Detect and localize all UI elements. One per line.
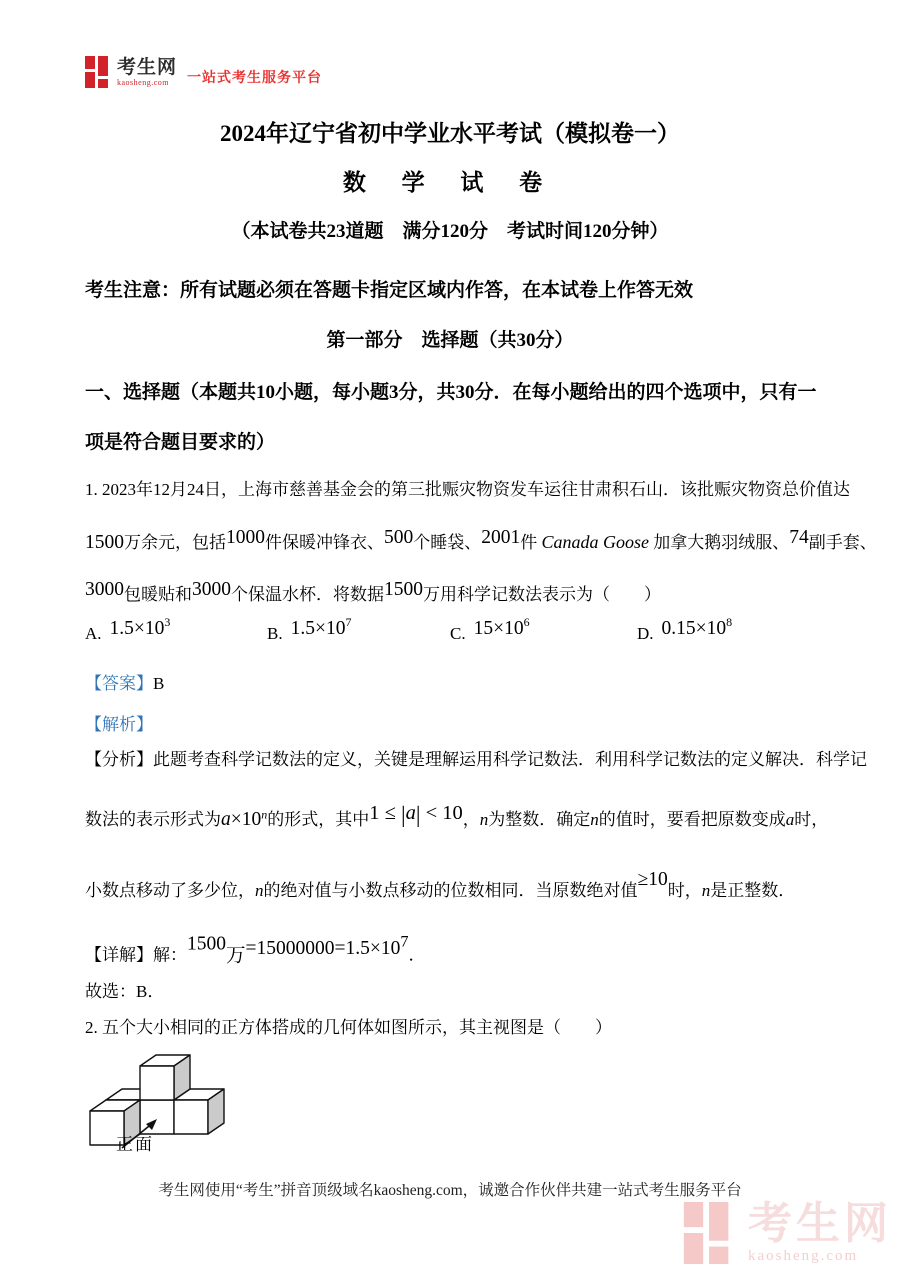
- kaosheng-watermark: 考生网 kaosheng.com: [680, 1202, 892, 1264]
- num-3000b: 3000: [192, 579, 231, 600]
- brand-domain: kaosheng.com: [117, 79, 177, 87]
- part1-heading: 第一部分 选择题（共30分）: [0, 327, 900, 355]
- times-10: ×10: [231, 809, 262, 830]
- analysis-tag: 【解析】: [85, 715, 153, 734]
- footer-slogan: 考生网使用“考生”拼音顶级域名kaosheng.com，诚邀合作伙伴共建一站式考…: [0, 1178, 900, 1200]
- option-B-label: B.: [267, 624, 283, 643]
- num-1000: 1000: [226, 527, 265, 548]
- candidate-notice: 考生注意：所有试题必须在答题卡指定区域内作答，在本试卷上作答无效: [85, 277, 855, 305]
- option-D-label: D.: [637, 624, 654, 643]
- q1-line2-t3: 件: [520, 533, 541, 552]
- option-A-label: A.: [85, 624, 102, 643]
- q1-line2-t1: 件保暖冲锋衣、: [265, 533, 384, 552]
- al3-t1: 的绝对值与小数点移动的位数相同．当原数绝对值: [264, 881, 638, 900]
- num-74: 74: [789, 527, 809, 548]
- option-C: C.15×106: [450, 614, 530, 647]
- num-1500: 1500: [85, 532, 124, 553]
- num-3000a: 3000: [85, 579, 124, 600]
- section1-intro-line1: 一、选择题（本题共10小题，每小题3分，共30分．在每小题给出的四个选项中，只有…: [85, 379, 855, 407]
- q1-line3-t1: 个保温水杯．将数据: [231, 585, 384, 604]
- option-B-base: 1.5×10: [291, 618, 346, 639]
- q1-options-row: A.1.5×103 B.1.5×107 C.15×106 D.0.15×108: [85, 614, 855, 654]
- q1-line2-t2: 个睡袋、: [413, 533, 481, 552]
- option-A-base: 1.5×10: [110, 618, 165, 639]
- detail-tag: 【详解】: [85, 946, 153, 965]
- num-2001: 2001: [481, 527, 520, 548]
- watermark-text: 考生网 kaosheng.com: [748, 1202, 892, 1264]
- var-a: a: [221, 809, 231, 830]
- q2-cube-figure: 正面: [70, 1036, 240, 1166]
- analysis-line1: 【分析】此题考查科学记数法的定义，关键是理解运用科学记数法．利用科学记数法的定义…: [85, 748, 855, 773]
- var-n3: n: [255, 881, 264, 900]
- option-B-value: 1.5×107: [291, 618, 352, 639]
- detail-pre: 解：: [153, 946, 187, 965]
- geq-10: ≥10: [638, 869, 668, 890]
- detail-1500: 1500: [187, 934, 226, 955]
- answer-tag: 【答案】: [85, 674, 153, 693]
- q1-line2-t4: 加拿大鹅羽绒服、: [649, 533, 789, 552]
- q1-line3-t2: 万用科学记数法表示为（ ）: [423, 585, 661, 604]
- section1-intro-line2: 项是符合题目要求的）: [85, 429, 855, 457]
- paper-meta: （本试卷共23道题 满分120分 考试时间120分钟）: [0, 218, 900, 246]
- option-D-base: 0.15×10: [662, 618, 727, 639]
- q1-line3-t0: 包暖贴和: [124, 585, 192, 604]
- detail-line: 【详解】解：1500万=15000000=1.5×107．: [85, 930, 855, 971]
- q1-line2-t0: 万余元，包括: [124, 533, 226, 552]
- detail-eq-exp: 7: [400, 932, 408, 950]
- exam-paper-page: 考生网 kaosheng.com 一站式考生服务平台 2024年辽宁省初中学业水…: [0, 0, 900, 1273]
- q1-line3: 3000包暖贴和3000个保温水杯．将数据1500万用科学记数法表示为（ ）: [85, 576, 855, 608]
- watermark-domain: kaosheng.com: [748, 1249, 892, 1264]
- var-a-abs: a: [406, 802, 416, 824]
- analysis-tag-line: 【解析】: [85, 713, 855, 738]
- var-n4: n: [702, 881, 711, 900]
- al3-t3: 是正整数．: [710, 881, 795, 900]
- num-1500b: 1500: [384, 579, 423, 600]
- option-B-exp: 7: [345, 615, 351, 629]
- analysis-line3: 小数点移动了多少位，n的绝对值与小数点移动的位数相同．当原数绝对值≥10时，n是…: [85, 866, 855, 904]
- option-C-exp: 6: [524, 615, 530, 629]
- kaosheng-logo-icon: [85, 56, 111, 88]
- al2-t0: 数法的表示形式为: [85, 810, 221, 829]
- conclusion-line: 故选：B．: [85, 980, 855, 1005]
- al3-t2: 时，: [668, 881, 702, 900]
- option-A-exp: 3: [164, 615, 170, 629]
- option-C-value: 15×106: [474, 618, 530, 639]
- brand-text: 考生网 kaosheng.com: [117, 58, 177, 87]
- detail-equation: =15000000=1.5×107: [246, 938, 409, 959]
- option-C-label: C.: [450, 624, 466, 643]
- option-D-exp: 8: [726, 615, 732, 629]
- al2-t3: 为整数．确定: [488, 810, 590, 829]
- watermark-brand: 考生网: [748, 1202, 892, 1246]
- q1-line1: 1. 2023年12月24日，上海市慈善基金会的第三批赈灾物资发车运往甘肃积石山…: [85, 478, 855, 503]
- brand-tagline: 一站式考生服务平台: [187, 67, 322, 87]
- al2-t1: 的形式，其中: [267, 810, 369, 829]
- subject-title: 数 学 试 卷: [0, 166, 900, 199]
- option-A-value: 1.5×103: [110, 618, 171, 639]
- option-D-value: 0.15×108: [662, 618, 733, 639]
- num-500: 500: [384, 527, 413, 548]
- q1-line2: 1500万余元，包括1000件保暖冲锋衣、500个睡袋、2001件 Canada…: [85, 524, 855, 557]
- option-A: A.1.5×103: [85, 614, 170, 647]
- analysis-line2: 数法的表示形式为a×10n的形式，其中1 ≤ |a| < 10，n为整数．确定n…: [85, 798, 855, 834]
- detail-wan: 万: [226, 946, 246, 967]
- ineq-right: < 10: [420, 802, 462, 824]
- watermark-logo-icon: [680, 1202, 738, 1264]
- var-n2: n: [590, 810, 599, 829]
- detail-period: ．: [409, 946, 426, 965]
- front-face-label: 正面: [116, 1130, 154, 1155]
- al2-t5: 时，: [794, 810, 828, 829]
- answer-line: 【答案】B: [85, 672, 855, 697]
- q1-line2-t5: 副手套、: [809, 533, 877, 552]
- canada-goose-text: Canada Goose: [542, 532, 650, 552]
- al2-t2: ，: [463, 810, 480, 829]
- paper-title: 2024年辽宁省初中学业水平考试（模拟卷一）: [0, 117, 900, 150]
- option-D: D.0.15×108: [637, 614, 732, 647]
- brand-name: 考生网: [117, 58, 177, 77]
- answer-value: B: [153, 674, 164, 693]
- al3-t0: 小数点移动了多少位，: [85, 881, 255, 900]
- option-C-base: 15×10: [474, 618, 524, 639]
- al2-t4: 的值时，要看把原数变成: [599, 810, 786, 829]
- detail-eq-base: =15000000=1.5×10: [246, 938, 401, 959]
- kaosheng-logo: 考生网 kaosheng.com 一站式考生服务平台: [85, 56, 322, 88]
- option-B: B.1.5×107: [267, 614, 351, 647]
- ineq-left: 1 ≤: [369, 802, 401, 824]
